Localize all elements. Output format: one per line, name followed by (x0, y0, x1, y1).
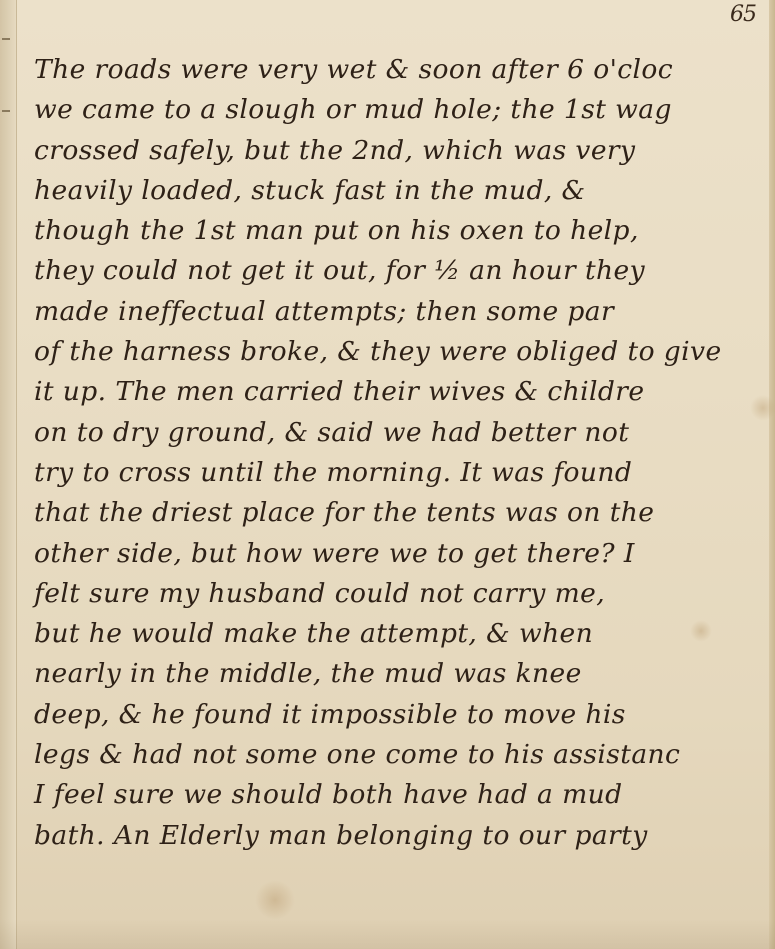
binding-gutter (0, 0, 17, 949)
text-line: that the driest place for the tents was … (34, 493, 775, 533)
handwritten-text-block: The roads were very wet & soon after 6 o… (34, 50, 775, 856)
manuscript-page: 65 The roads were very wet & soon after … (0, 0, 775, 949)
text-line: felt sure my husband could not carry me, (34, 574, 775, 614)
text-line: legs & had not some one come to his assi… (34, 735, 775, 775)
text-line: The roads were very wet & soon after 6 o… (34, 50, 775, 90)
text-line: crossed safely, but the 2nd, which was v… (34, 131, 775, 171)
text-line: nearly in the middle, the mud was knee (34, 654, 775, 694)
binding-stitch (2, 110, 10, 112)
text-line: made ineffectual attempts; then some par (34, 292, 775, 332)
text-line: I feel sure we should both have had a mu… (34, 775, 775, 815)
text-line: it up. The men carried their wives & chi… (34, 372, 775, 412)
page-number: 65 (730, 2, 756, 27)
text-line: on to dry ground, & said we had better n… (34, 413, 775, 453)
text-line: deep, & he found it impossible to move h… (34, 695, 775, 735)
text-line: of the harness broke, & they were oblige… (34, 332, 775, 372)
text-line: though the 1st man put on his oxen to he… (34, 211, 775, 251)
text-line: heavily loaded, stuck fast in the mud, & (34, 171, 775, 211)
text-line: we came to a slough or mud hole; the 1st… (34, 90, 775, 130)
binding-stitch (2, 38, 10, 40)
text-line: bath. An Elderly man belonging to our pa… (34, 816, 775, 856)
paper-stain (255, 880, 295, 920)
page-bottom-shadow (0, 919, 775, 949)
text-line: try to cross until the morning. It was f… (34, 453, 775, 493)
text-line: they could not get it out, for ½ an hour… (34, 251, 775, 291)
text-line: other side, but how were we to get there… (34, 534, 775, 574)
text-line: but he would make the attempt, & when (34, 614, 775, 654)
